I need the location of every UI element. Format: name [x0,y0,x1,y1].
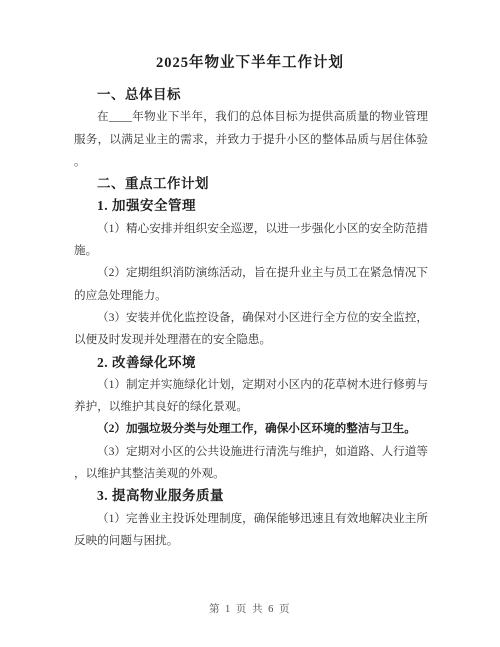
document-body: 一、总体目标 在____年物业下半年，我们的总体目标为提供高质量的物业管理服务，… [74,84,428,552]
paragraph: （3）安装并优化监控设备，确保对小区进行全方位的安全监控，以便及时发现并处理潜在… [74,307,428,352]
paragraph-bold: （2）加强垃圾分类与处理工作，确保小区环境的整洁与卫生。 [74,418,428,440]
section-heading: 一、总体目标 [74,84,428,106]
section-heading: 二、重点工作计划 [74,173,428,195]
paragraph: （3）定期对小区的公共设施进行清洗与维护，如道路、人行道等，以维护其整洁美观的外… [74,441,428,486]
sub-heading: 2. 改善绿化环境 [74,352,428,374]
document-title: 2025年物业下半年工作计划 [0,53,500,73]
paragraph: （2）定期组织消防演练活动，旨在提升业主与员工在紧急情况下的应急处理能力。 [74,262,428,307]
sub-heading: 1. 加强安全管理 [74,195,428,217]
sub-heading: 3. 提高物业服务质量 [74,485,428,507]
paragraph: 在____年物业下半年，我们的总体目标为提供高质量的物业管理服务，以满足业主的需… [74,106,428,173]
page-number-footer: 第 1 页 共 6 页 [0,602,500,618]
document-page: 2025年物业下半年工作计划 一、总体目标 在____年物业下半年，我们的总体目… [0,0,500,647]
paragraph: （1）完善业主投诉处理制度，确保能够迅速且有效地解决业主所反映的问题与困扰。 [74,508,428,553]
paragraph: （1）精心安排并组织安全巡逻，以进一步强化小区的安全防范措施。 [74,218,428,263]
paragraph: （1）制定并实施绿化计划，定期对小区内的花草树木进行修剪与养护，以维护其良好的绿… [74,374,428,419]
